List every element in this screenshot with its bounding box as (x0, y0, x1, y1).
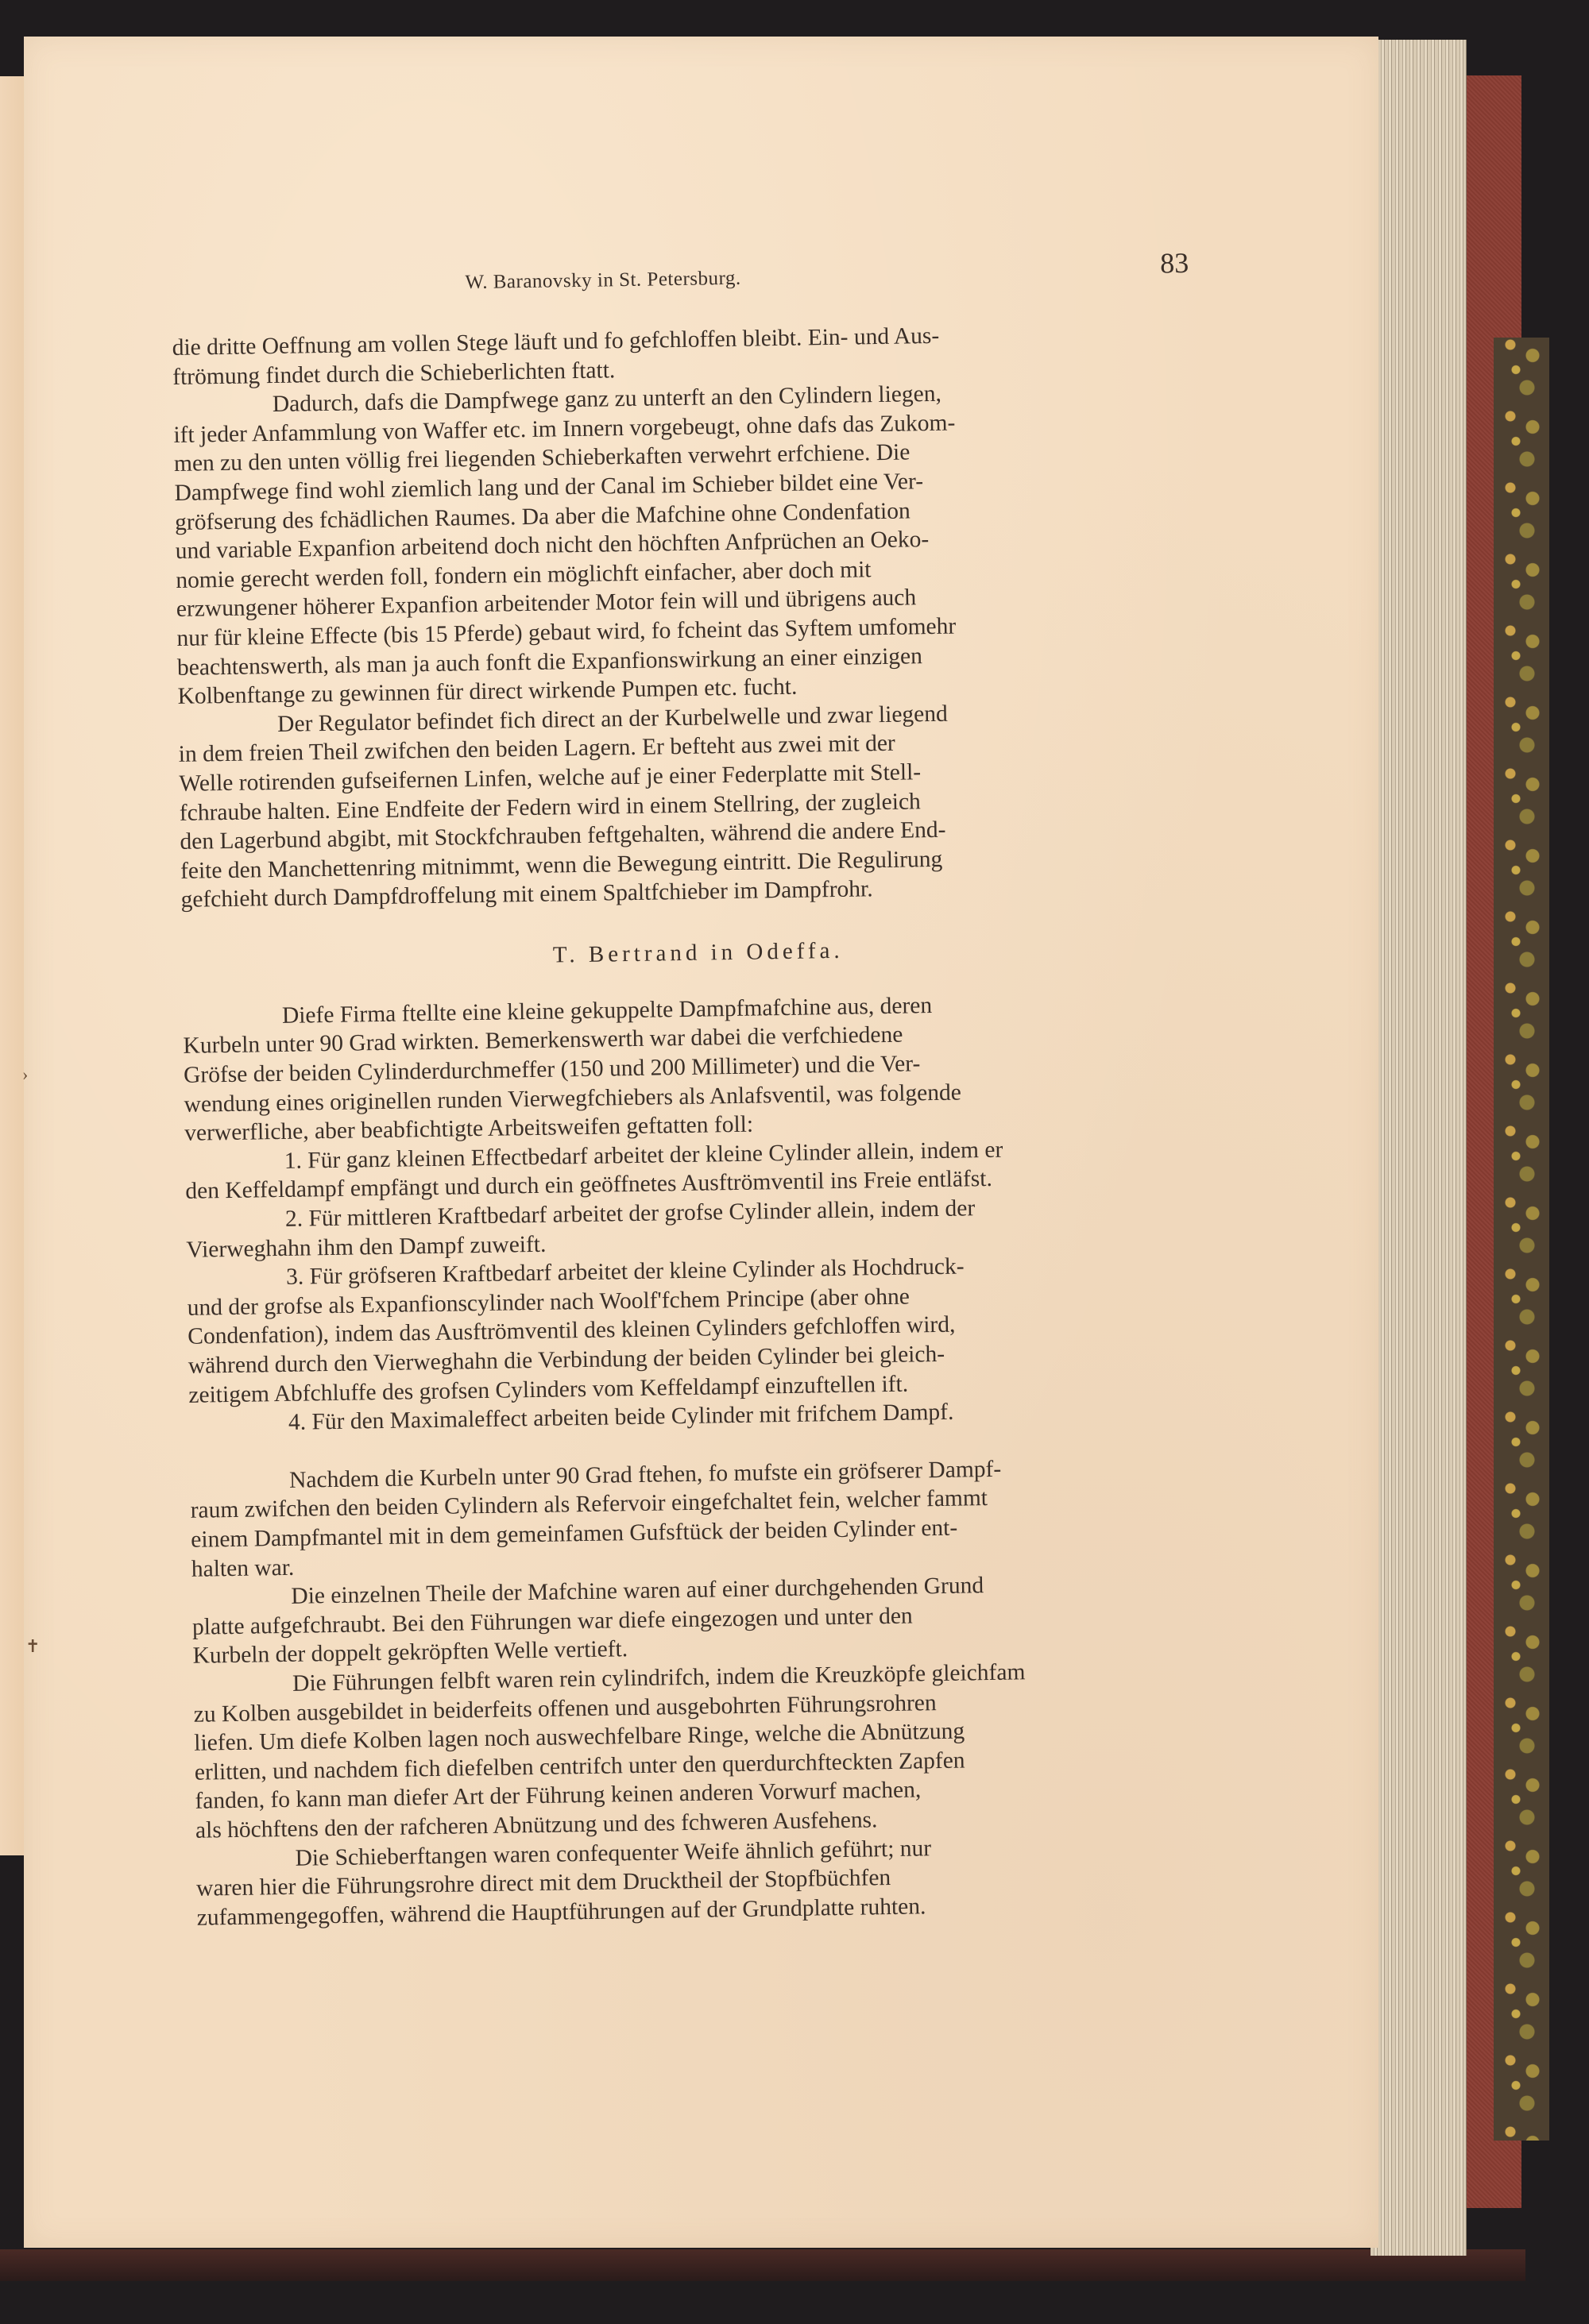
body-part-3: Nachdem die Kurbeln unter 90 Grad ftehen… (190, 1451, 1230, 1932)
paragraph: Dadurch, dafs die Dampfwege ganz zu unte… (173, 376, 1211, 712)
page-stack-edges (1371, 40, 1467, 2256)
list-item: 3. Für gröfseren Kraftbedarf arbeitet de… (187, 1249, 1222, 1410)
margin-mark: › (22, 1064, 28, 1085)
paragraph: Diefe Firma ftellte eine kleine gekuppel… (183, 986, 1218, 1148)
section-heading: T. Bertrand in Odeffa. (182, 932, 1215, 974)
marbled-board (1494, 338, 1549, 2141)
paragraph: Die Führungen felbft waren rein cylindri… (193, 1654, 1228, 1845)
book-cover-bottom (0, 2249, 1525, 2281)
paragraph: Die Schieberftangen waren confequenter W… (195, 1829, 1230, 1932)
paragraph: Die einzelnen Theile der Mafchine waren … (191, 1568, 1226, 1671)
page-number: 83 (1160, 246, 1189, 280)
text-block: W. Baranovsky in St. Petersburg. 83 die … (171, 246, 1230, 1932)
paragraph: Der Regulator befindet fich direct an de… (178, 695, 1214, 915)
paragraph: Nachdem die Kurbeln unter 90 Grad ftehen… (190, 1451, 1224, 1584)
body-part-2: Diefe Firma ftellte eine kleine gekuppel… (183, 986, 1222, 1438)
running-title: W. Baranovsky in St. Petersburg. (465, 268, 741, 294)
body-part-1: die dritte Oeffnung am vollen Stege läuf… (172, 318, 1213, 915)
margin-mark: ✝ (25, 1636, 40, 1657)
